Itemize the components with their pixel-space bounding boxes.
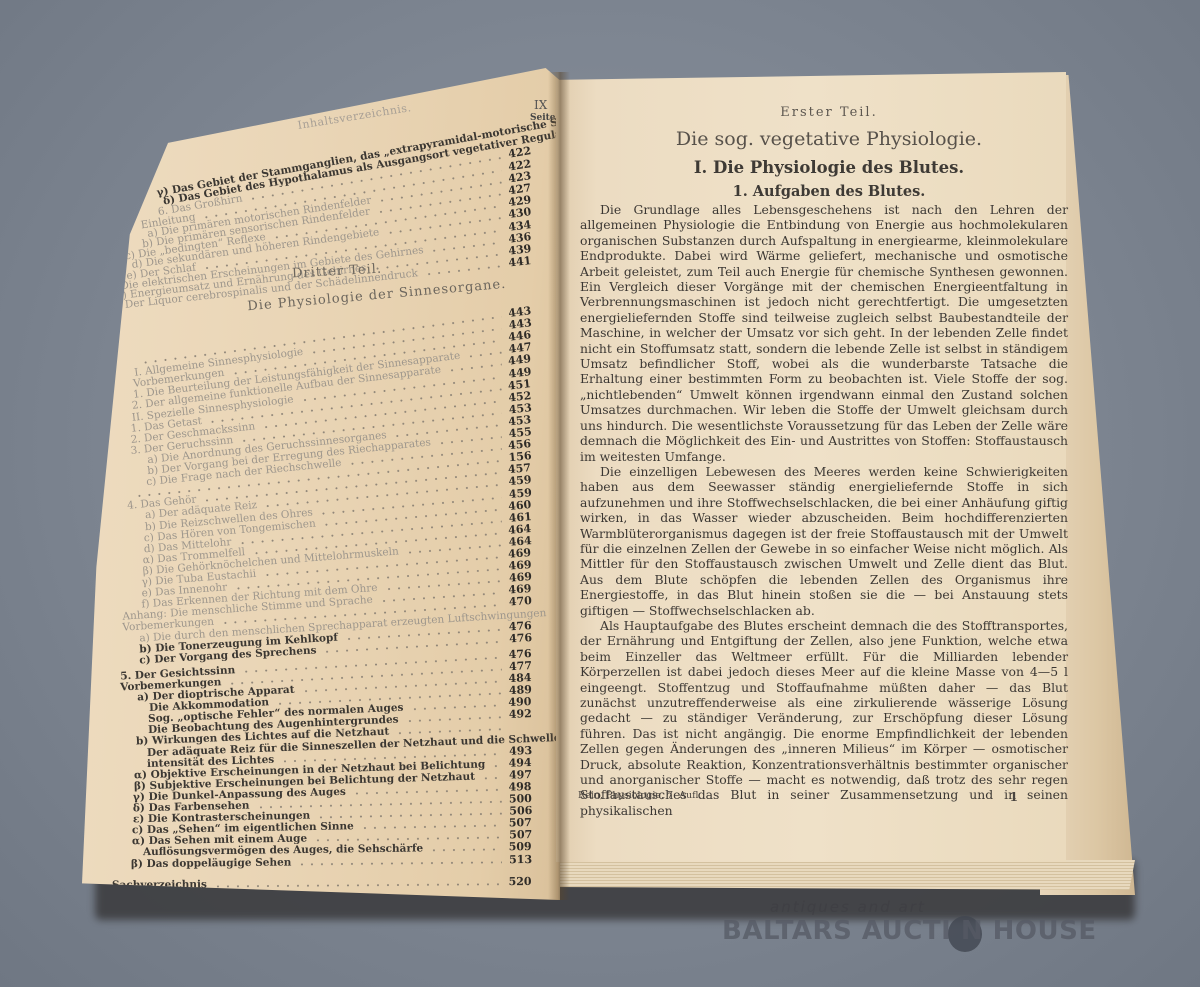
toc-entry-page: 513	[506, 853, 532, 866]
page-stack-bottom	[555, 860, 1135, 890]
roman-page-number: IX	[534, 98, 547, 112]
section-title: Die sog. vegetative Physiologie.	[590, 128, 1068, 150]
toc-entry-page: 476	[505, 631, 532, 645]
right-page-content: Erster Teil. Die sog. vegetative Physiol…	[580, 105, 1068, 818]
leader-dots	[481, 777, 502, 780]
subchapter-title: 1. Aufgaben des Blutes.	[590, 183, 1068, 200]
watermark-tagline: antiques and art	[770, 898, 926, 916]
leader-dots	[297, 861, 502, 865]
toc-entry-page: 520	[506, 875, 532, 888]
toc-running-header: Inhaltsverzeichnis.	[297, 101, 413, 132]
left-page-toc: Inhaltsverzeichnis. IX Seite γ) Das Gebi…	[82, 68, 560, 900]
body-paragraph: Als Hauptaufgabe des Blutes erscheint de…	[580, 618, 1068, 818]
toc-entry-title: β) Das doppeläugige Sehen	[131, 856, 292, 870]
toc-entry-page: 441	[505, 254, 532, 270]
watermark-brand: BALTARS AUCTI N HOUSE	[722, 916, 1097, 946]
leader-dots	[429, 849, 502, 852]
page-footer: Rein, Physiologie, 7. Aufl. 1	[578, 790, 1018, 804]
toc-entry-page: 509	[506, 840, 532, 853]
part-label: Erster Teil.	[590, 105, 1068, 120]
leader-dots	[213, 883, 502, 887]
body-paragraph: Die Grundlage alles Lebensgeschehens ist…	[580, 202, 1068, 464]
leader-dots	[492, 765, 502, 767]
leader-dots	[424, 265, 502, 275]
footer-page-number: 1	[1010, 790, 1018, 804]
book-gutter	[548, 72, 570, 900]
body-paragraph: Die einzelligen Lebewesen des Meeres wer…	[580, 464, 1068, 618]
footer-book-title: Rein, Physiologie, 7. Aufl.	[578, 790, 701, 804]
chapter-title: I. Die Physiologie des Blutes.	[590, 158, 1068, 177]
